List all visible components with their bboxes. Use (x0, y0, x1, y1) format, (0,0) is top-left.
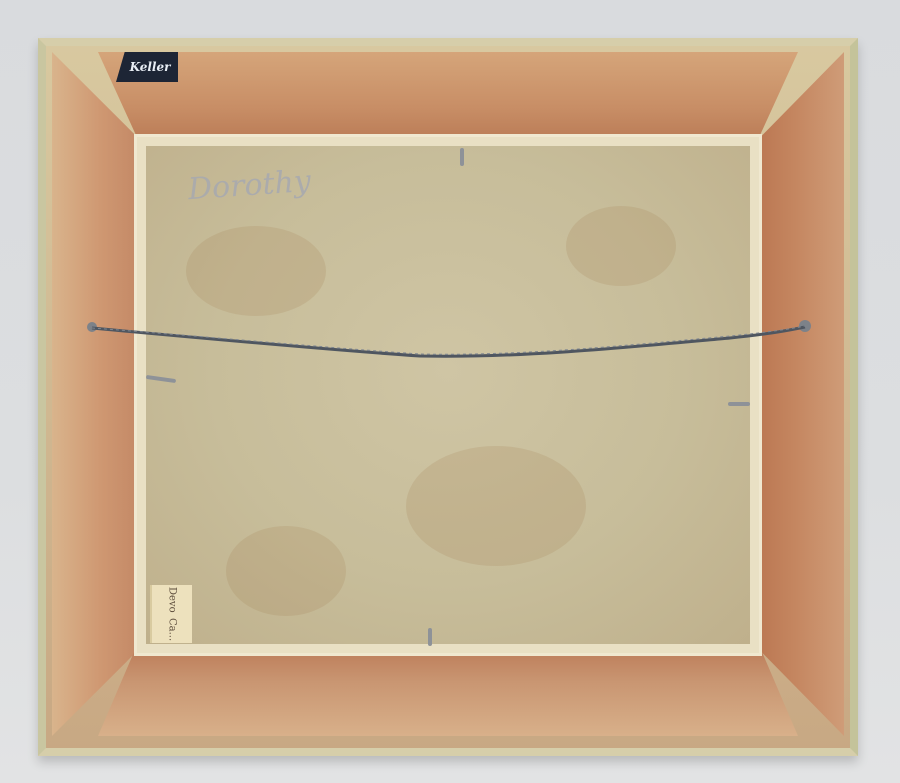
frame-rail-right (750, 52, 844, 736)
stain (226, 526, 346, 616)
frame-rail-top (98, 52, 798, 144)
stain (186, 226, 326, 316)
stain (406, 446, 586, 566)
nail (428, 628, 432, 646)
backing-board (146, 146, 750, 644)
paper-label-line: Ca... (167, 618, 178, 641)
maker-label: Keller (116, 52, 178, 82)
nail (460, 148, 464, 166)
stain (566, 206, 676, 286)
paper-label: Devo Ca... (150, 585, 192, 643)
picture-frame: Dorothy Keller Devo Ca... (38, 38, 858, 756)
paper-label-line: Devo (167, 587, 178, 613)
nail (728, 402, 750, 406)
